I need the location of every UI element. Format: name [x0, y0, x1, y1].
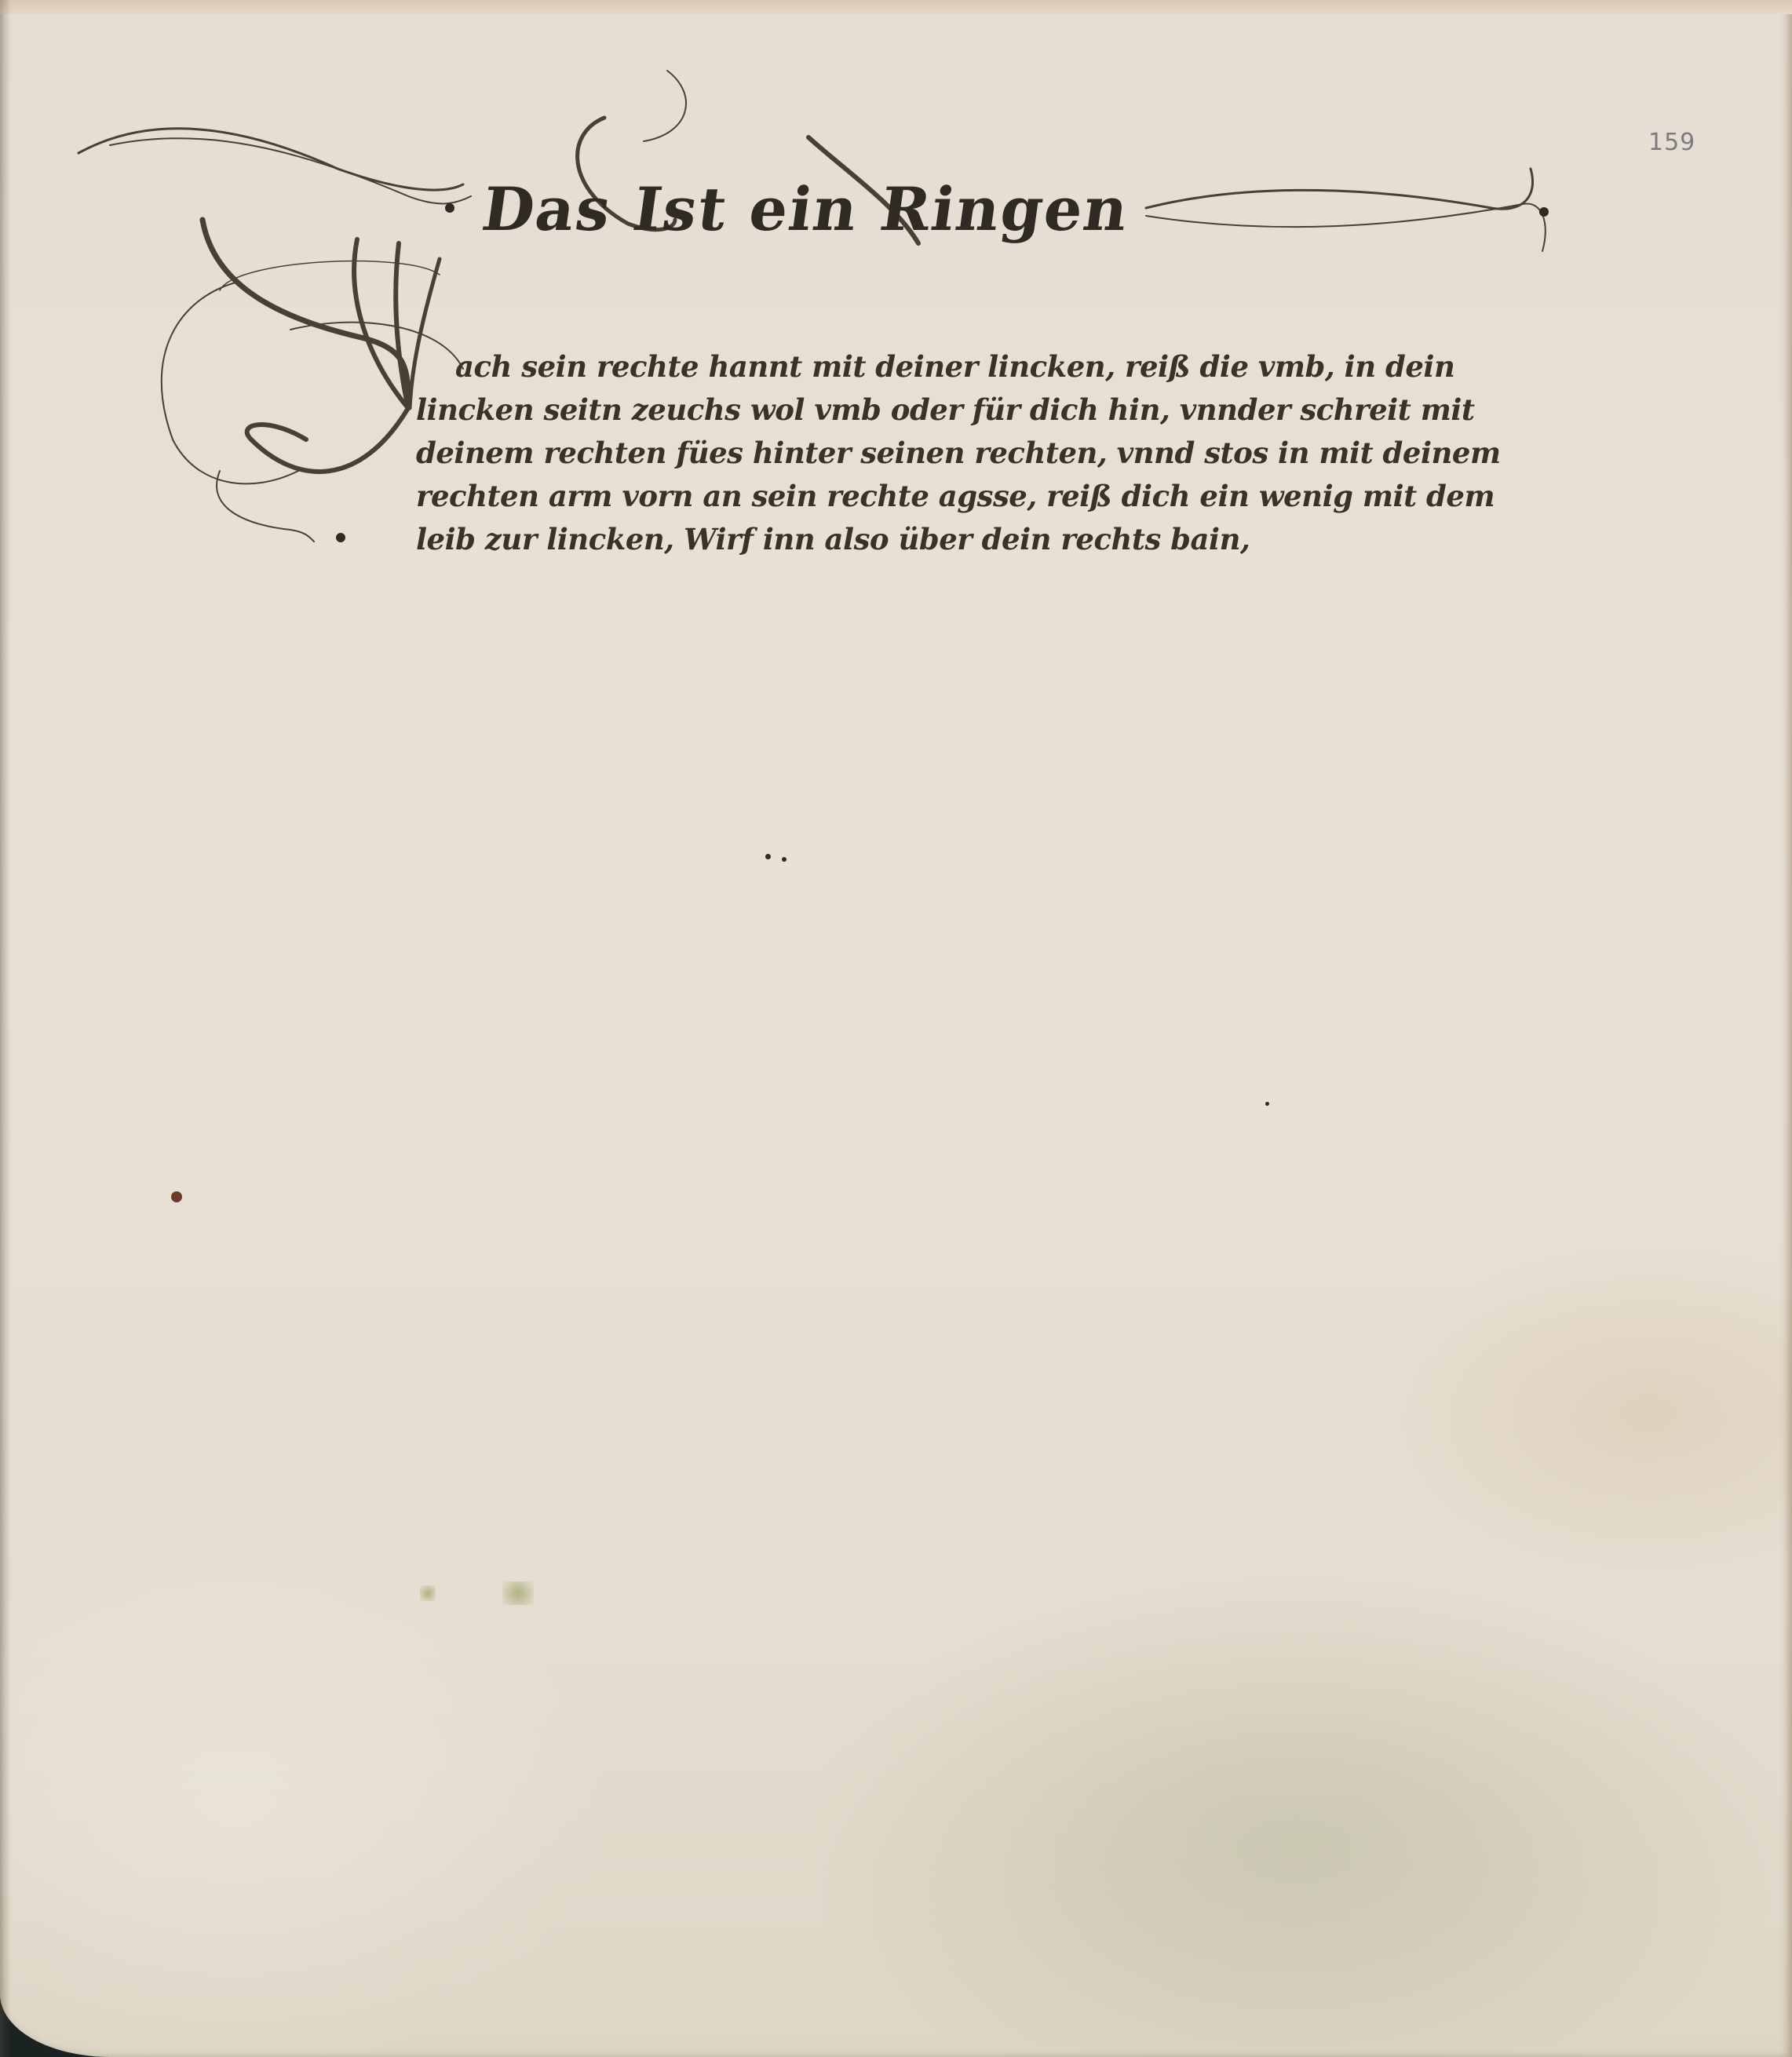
page-top-edge — [0, 0, 1792, 14]
text-line: leib zur lincken, Wirf inn also über dei… — [416, 518, 1554, 561]
ink-speck — [765, 854, 771, 859]
manuscript-page: Das Ist ein Ringen 159 ach sein rechte h… — [0, 0, 1792, 2057]
ink-speck — [171, 1191, 182, 1202]
folio-number: 159 — [1648, 129, 1695, 156]
ink-speck — [782, 857, 787, 862]
page-title: Das Ist ein Ringen — [478, 174, 1134, 244]
text-line: ach sein rechte hannt mit deiner lincken… — [455, 345, 1554, 388]
ink-speck — [1265, 1102, 1269, 1106]
body-text: ach sein rechte hannt mit deiner lincken… — [416, 345, 1554, 561]
text-line: rechten arm vorn an sein rechte agsse, r… — [416, 475, 1554, 518]
text-line: lincken seitn zeuchs wol vmb oder für di… — [416, 388, 1554, 432]
paper-stain — [502, 1581, 534, 1605]
text-line: deinem rechten fües hinter seinen rechte… — [416, 432, 1554, 475]
page-gutter-shadow — [0, 0, 11, 2057]
paper-stain — [420, 1585, 436, 1601]
